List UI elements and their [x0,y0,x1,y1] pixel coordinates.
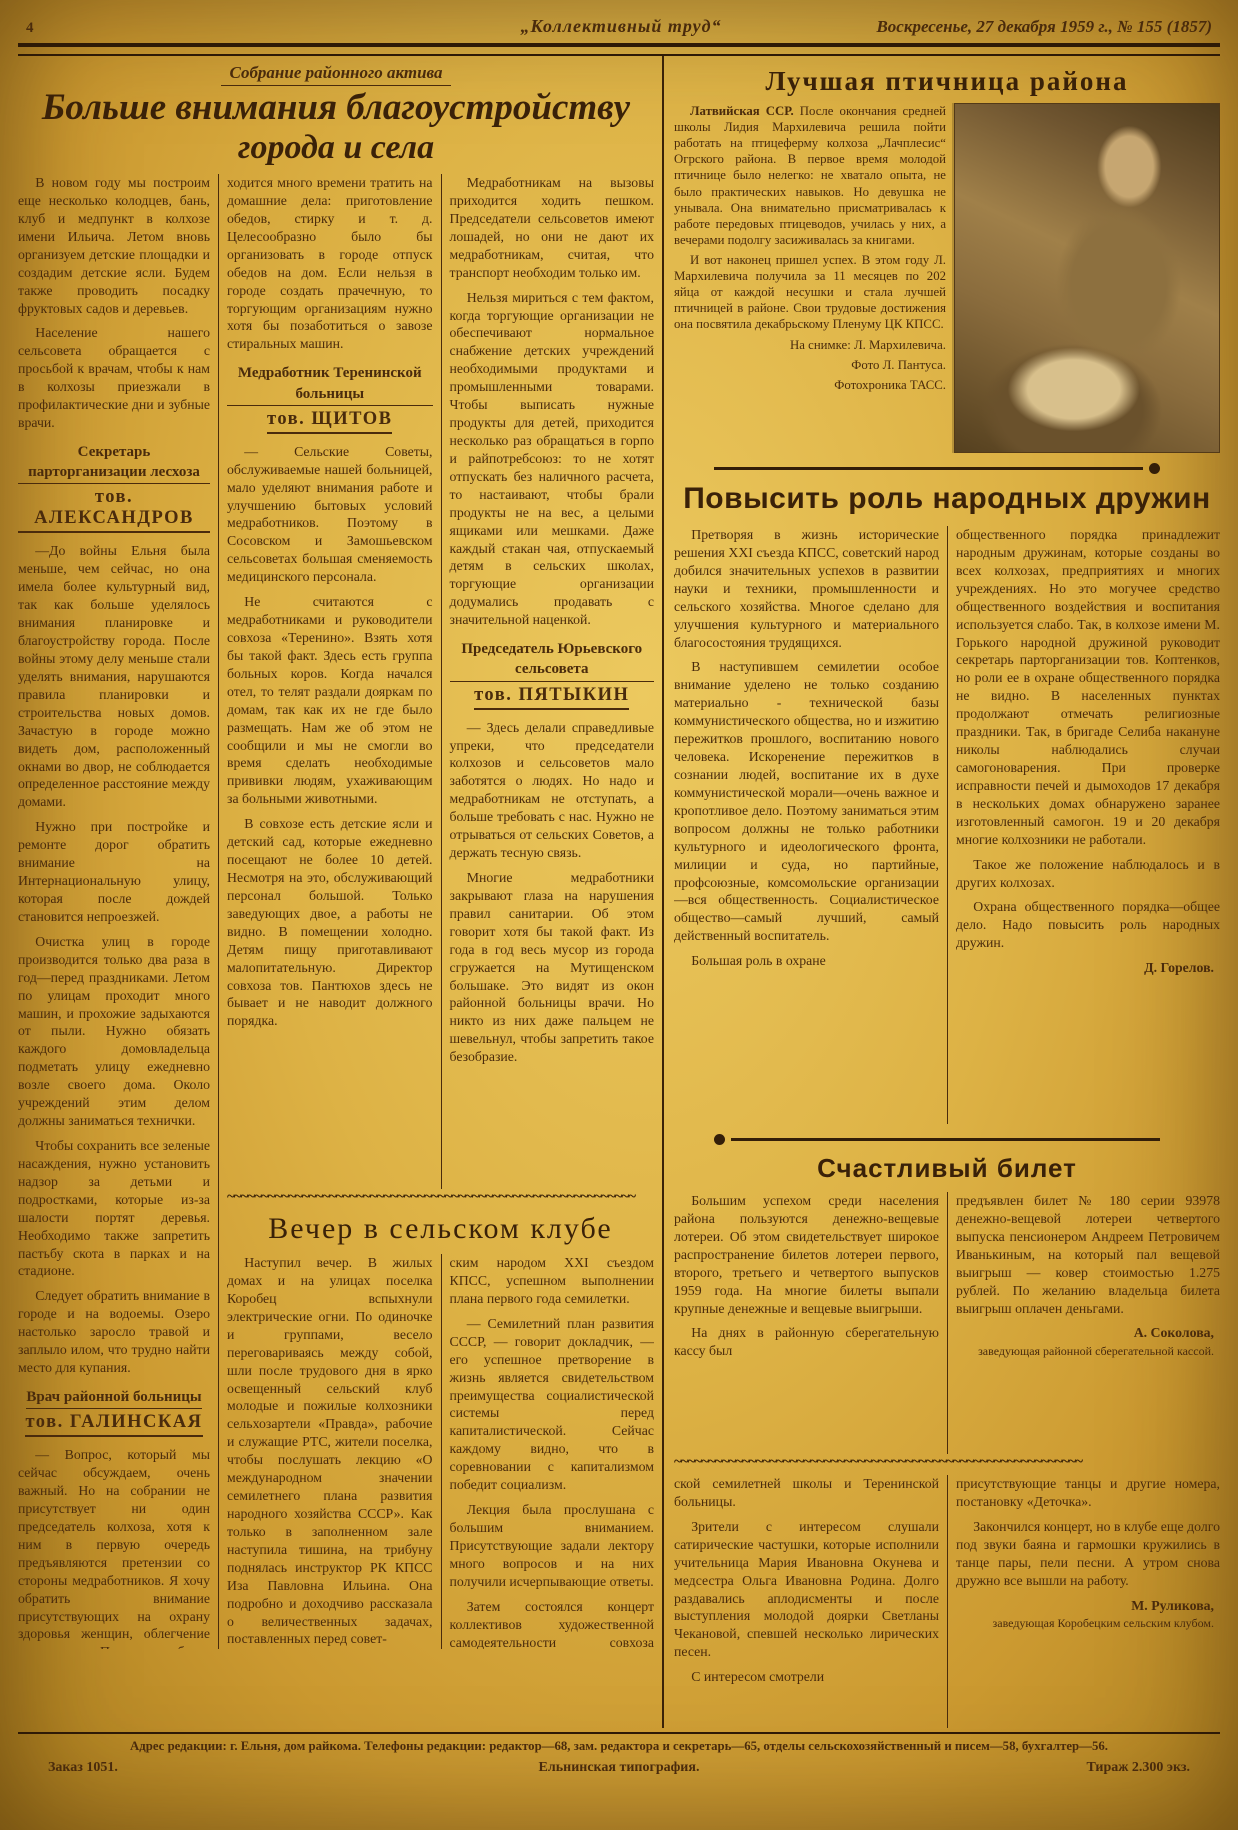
poultry-article-title: Лучшая птичница района [674,66,1220,97]
paragraph: Большая роль в охране [674,952,939,970]
paragraph: — Здесь делали справедливые упреки, что … [450,719,655,862]
paragraph: Большим успехом среди населения района п… [674,1192,939,1317]
druzhiny-col-1: Претворяя в жизнь исторические решения X… [674,526,947,1124]
paragraph: В новом году мы построим еще несколько к… [18,174,210,317]
newspaper-page: 4 „Коллективный труд“ Воскресенье, 27 де… [0,0,1238,1830]
wavy-divider: ~~~~~~~~~~~~~~~~~~~~~~~~~~~~~~~~~~~~~~~~… [227,1191,654,1206]
speaker-role: Медработник Теренинской больницы [227,363,433,406]
kicker: Собрание районного актива [18,63,654,86]
paragraph: Зрители с интересом слушали сатирические… [674,1518,939,1661]
club-col-3: ской семилетней школы и Теренинской боль… [674,1475,947,1728]
speaker-role: Врач районной больницы [26,1387,201,1409]
paragraph: присутствующие танцы и другие номера, по… [956,1475,1220,1511]
meeting-article: Собрание районного актива Больше внимани… [18,56,654,1728]
meeting-col-3: Медработникам на вызовы приходится ходит… [441,174,655,1189]
paragraph: Очистка улиц в городе производится тольк… [18,933,210,1130]
paragraph: С интересом смотрели [674,1668,939,1686]
paragraph-text: После окончания средней школы Лидия Марх… [674,104,946,247]
author-role: заведующая Коробецким сельским клубом. [956,1616,1214,1630]
paragraph: Нельзя мириться с тем фактом, когда торг… [450,289,655,630]
druzhiny-article-title: Повысить роль народных дружин [674,482,1220,516]
club-continuation-columns: ской семилетней школы и Теренинской боль… [674,1475,1220,1728]
club-col-1: Наступил вечер. В жилых домах и на улица… [227,1254,441,1649]
club-col-4: присутствующие танцы и другие номера, по… [947,1475,1220,1728]
speaker-heading-aleksandrov: Секретарь парторганизации лесхоза тов. А… [18,442,210,534]
paragraph: Население нашего сельсовета обращается с… [18,324,210,432]
paragraph: — Вопрос, который мы сейчас обсуждаем, о… [18,1446,210,1649]
paragraph: Закончился концерт, но в клубе еще долго… [956,1518,1220,1590]
meeting-article-title: Больше внимания благоустройству города и… [18,88,654,166]
dateline: Латвийская ССР. [690,104,794,118]
club-article-title: Вечер в сельском клубе [227,1212,654,1246]
divider-dot-icon [1149,463,1160,474]
poultry-photo [954,103,1220,453]
paragraph: —До войны Ельня была меньше, чем сейчас,… [18,542,210,811]
paragraph: предъявлен билет № 180 серии 93978 денеж… [956,1192,1220,1317]
meeting-columns: В новом году мы построим еще несколько к… [18,174,654,1649]
author-signature: А. Соколова, [956,1324,1214,1342]
club-col-2: ским народом XXI съездом КПСС, успешном … [441,1254,655,1649]
paragraph: Следует обратить внимание в городе и на … [18,1287,210,1377]
bullet-divider [714,1134,1160,1145]
author-signature: М. Руликова, [956,1597,1214,1615]
paper-name: „Коллективный труд“ [456,16,786,37]
wavy-divider: ~~~~~~~~~~~~~~~~~~~~~~~~~~~~~~~~~~~~~~~~… [674,1456,1220,1471]
circulation: Тираж 2.300 экз. [890,1760,1190,1776]
club-article: Вечер в сельском клубе Наступил вечер. В… [227,1208,654,1649]
speaker-heading-pyatykin: Председатель Юрьевского сельсовета тов. … [450,639,655,710]
photo-credit: Фото Л. Пантуса. [674,357,946,373]
paragraph: Охрана общественного порядка—общее дело.… [956,898,1220,952]
paragraph: Нужно при постройке и ремонте дорог обра… [18,818,210,926]
speaker-role: Председатель Юрьевского сельсовета [450,639,655,682]
kicker-text: Собрание районного актива [221,63,450,86]
club-article-continuation: ской семилетней школы и Теренинской боль… [674,1475,1220,1728]
speaker-heading-galinskaya: Врач районной больницы тов. ГАЛИНСКАЯ [18,1387,210,1437]
author-signature: Д. Горелов. [956,959,1214,977]
paragraph: Претворяя в жизнь исторические решения X… [674,526,939,651]
lottery-columns: Большим успехом среди населения района п… [674,1192,1220,1454]
paragraph: Медработникам на вызовы приходится ходит… [450,174,655,282]
author-role: заведующая районной сберегательной кассо… [956,1344,1214,1358]
speaker-name: тов. ГАЛИНСКАЯ [25,1412,202,1437]
paragraph: И вот наконец пришел успех. В этом году … [674,252,946,333]
right-page-column: Лучшая птичница района Латвийская ССР. П… [662,56,1220,1728]
paragraph: Такое же положение наблюдалось и в други… [956,856,1220,892]
speaker-name: тов. АЛЕКСАНДРОВ [18,487,210,533]
masthead-rule [18,43,1220,56]
paragraph: Чтобы сохранить все зеленые насаждения, … [18,1137,210,1280]
issue-date-line: Воскресенье, 27 декабря 1959 г., № 155 (… [786,17,1212,37]
footer-rule [18,1732,1220,1734]
poultry-text-column: Латвийская ССР. После окончания средней … [674,103,954,453]
photo-caption: На снимке: Л. Мархилевича. [674,337,946,353]
poultry-body: Латвийская ССР. После окончания средней … [674,103,1220,453]
bullet-divider [714,463,1160,474]
druzhiny-col-2: общественного порядка принадлежит народн… [947,526,1220,1124]
meeting-col-2: ходится много времени тратить на домашни… [227,174,441,1189]
printing-house: Ельнинская типография. [348,1760,890,1776]
title-line-1: Больше внимания благоустройству [18,88,654,129]
paragraph: ходится много времени тратить на домашни… [227,174,433,353]
paragraph: На днях в районную сберегательную кассу … [674,1324,939,1360]
page-body: Собрание районного актива Больше внимани… [0,56,1238,1728]
meeting-cols-2-3: ходится много времени тратить на домашни… [227,174,654,1189]
paragraph: ской семилетней школы и Теренинской боль… [674,1475,939,1511]
imprint-footer: Адрес редакции: г. Ельня, дом райкома. Т… [18,1732,1220,1776]
paragraph: В наступившем семилетии особое внимание … [674,658,939,945]
speaker-name: тов. ПЯТЫКИН [474,685,629,710]
poultry-article: Лучшая птичница района Латвийская ССР. П… [674,66,1220,453]
paragraph: Многие медработники закрывают глаза на н… [450,869,655,1066]
print-order-number: Заказ 1051. [48,1760,348,1776]
speaker-name: тов. ЩИТОВ [267,409,392,434]
paragraph: — Семилетний план развития СССР, — говор… [450,1315,655,1494]
photo-agency: Фотохроника ТАСС. [674,377,946,393]
lottery-article-title: Счастливый билет [674,1153,1220,1184]
paragraph: Наступил вечер. В жилых домах и на улица… [227,1254,433,1648]
divider-line [714,467,1143,470]
paragraph: Лекция была прослушана с большим внимани… [450,1501,655,1591]
divider-line [731,1138,1160,1141]
paragraph: Латвийская ССР. После окончания средней … [674,103,946,248]
title-line-2: города и села [18,129,654,166]
meeting-col-1: В новом году мы построим еще несколько к… [18,174,218,1649]
paragraph: общественного порядка принадлежит народн… [956,526,1220,849]
druzhiny-article: Повысить роль народных дружин Претворяя … [674,482,1220,1124]
divider-dot-icon [714,1134,725,1145]
lottery-article: Счастливый билет Большим успехом среди н… [674,1153,1220,1454]
paragraph: Затем состоялся концерт коллективов худо… [450,1598,655,1649]
masthead: 4 „Коллективный труд“ Воскресенье, 27 де… [0,0,1238,41]
paragraph: — Сельские Советы, обслуживаемые нашей б… [227,443,433,586]
lottery-col-1: Большим успехом среди населения района п… [674,1192,947,1454]
imprint-row: Заказ 1051. Ельнинская типография. Тираж… [18,1758,1220,1776]
paragraph: В совхозе есть детские ясли и детский са… [227,815,433,1030]
lottery-col-2: предъявлен билет № 180 серии 93978 денеж… [947,1192,1220,1454]
paragraph: Не считаются с медработниками и руководи… [227,593,433,808]
meeting-cols-2-3-wrap: ходится много времени тратить на домашни… [218,174,654,1649]
club-columns: Наступил вечер. В жилых домах и на улица… [227,1254,654,1649]
speaker-role: Секретарь парторганизации лесхоза [18,442,210,485]
druzhiny-columns: Претворяя в жизнь исторические решения X… [674,526,1220,1124]
speaker-heading-shchitov: Медработник Теренинской больницы тов. ЩИ… [227,363,433,434]
paragraph: ским народом XXI съездом КПСС, успешном … [450,1254,655,1308]
editorial-address-line: Адрес редакции: г. Ельня, дом райкома. Т… [18,1739,1220,1754]
page-number: 4 [26,20,456,37]
